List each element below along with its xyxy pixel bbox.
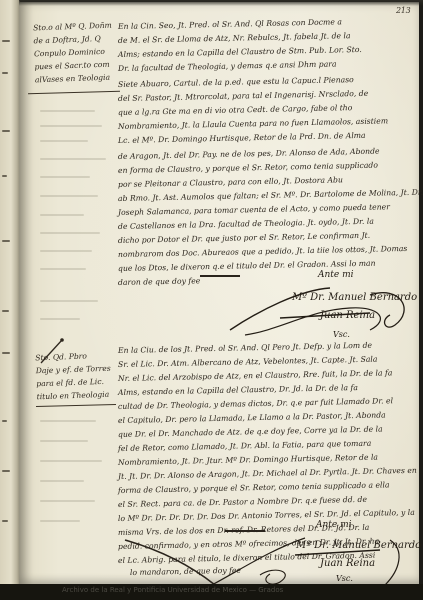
margin-note-1: Sto.o al Mº Q. Doñm de a Doftra, Jd. Q C… bbox=[33, 19, 114, 87]
margin-note-line: alVases en Teologia bbox=[35, 71, 114, 87]
margin-arrow-icon bbox=[38, 336, 68, 366]
footer-watermark: Archivo de la Real y Pontificia Universi… bbox=[62, 586, 283, 594]
signature-flourish-icon bbox=[220, 280, 420, 340]
previous-page-edge bbox=[0, 0, 20, 585]
page-top-shadow bbox=[19, 0, 423, 6]
closing-rule bbox=[200, 275, 240, 277]
closing-ante-mi: Ante mi bbox=[318, 270, 354, 280]
signature-flourish-icon bbox=[120, 530, 420, 590]
closing-ante-mi: Ante mi bbox=[316, 520, 352, 530]
entry-line: daron de que doy fee bbox=[118, 276, 200, 287]
document-viewport: 213 Sto.o al Mº Q. Doñm de a Doftra, Jd.… bbox=[0, 0, 423, 600]
margin-note-line: titulo en Theologia bbox=[36, 388, 111, 404]
page-number: 213 bbox=[396, 6, 410, 15]
